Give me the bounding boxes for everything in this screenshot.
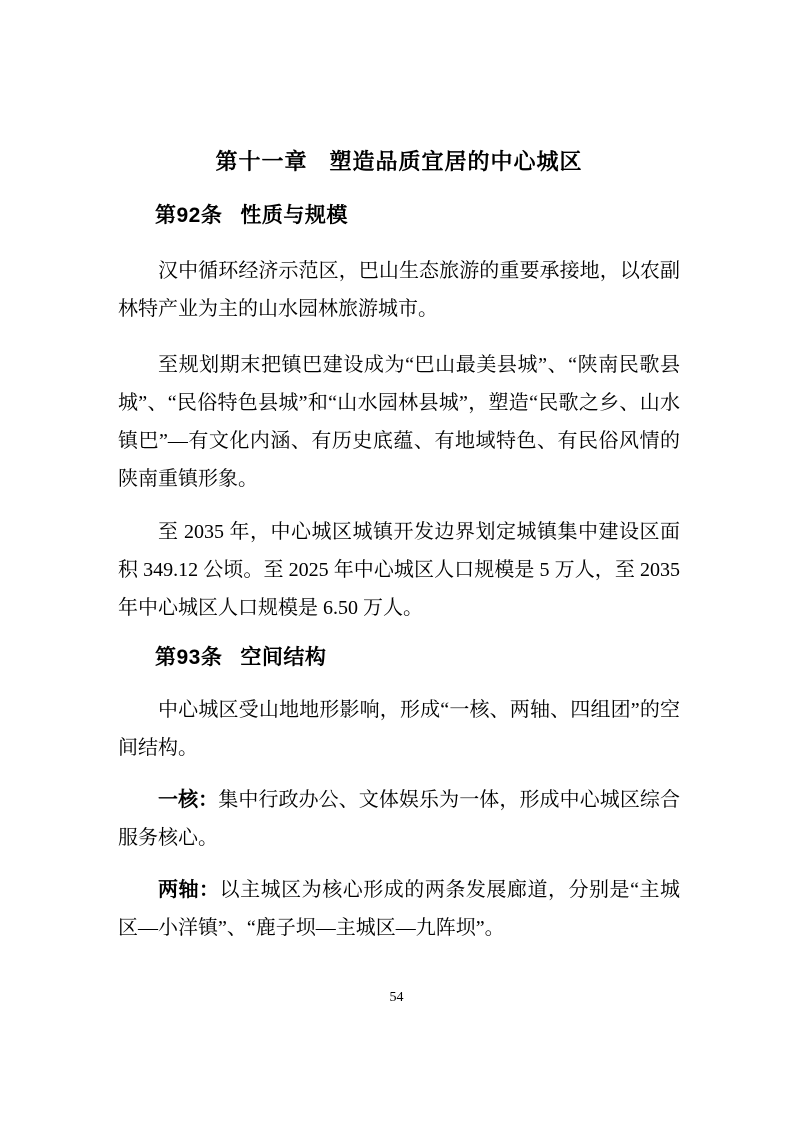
page-number: 54 (0, 988, 793, 1008)
paragraph-one-core: 一核：集中行政办公、文体娱乐为一体，形成中心城区综合服务核心。 (118, 781, 680, 857)
term-one-core: 一核： (158, 789, 218, 811)
paragraph-two-axes: 两轴：以主城区为核心形成的两条发展廊道，分别是“主城区—小洋镇”、“鹿子坝—主城… (118, 871, 680, 947)
page-content: 第十一章塑造品质宜居的中心城区 第92条性质与规模 汉中循环经济示范区，巴山生态… (118, 143, 680, 947)
document-page: 第十一章塑造品质宜居的中心城区 第92条性质与规模 汉中循环经济示范区，巴山生态… (0, 0, 793, 1122)
article-93-heading: 第93条空间结构 (118, 639, 680, 677)
article-93-number: 第93条 (155, 646, 222, 669)
chapter-title: 第十一章塑造品质宜居的中心城区 (118, 143, 680, 181)
chapter-number: 第十一章 (215, 149, 307, 174)
article-92-number: 第92条 (155, 204, 222, 227)
chapter-name: 塑造品质宜居的中心城区 (330, 149, 583, 174)
paragraph-spatial-structure: 中心城区受山地地形影响，形成“一核、两轴、四组团”的空间结构。 (118, 691, 680, 767)
article-92-title: 性质与规模 (240, 204, 348, 227)
article-92-heading: 第92条性质与规模 (118, 197, 680, 235)
paragraph-city-nature: 汉中循环经济示范区，巴山生态旅游的重要承接地，以农副林特产业为主的山水园林旅游城… (118, 252, 680, 328)
article-93-title: 空间结构 (240, 646, 326, 669)
term-two-axes: 两轴： (158, 879, 220, 901)
paragraph-scale-figures: 至 2035 年，中心城区城镇开发边界划定城镇集中建设区面积 349.12 公顷… (118, 513, 680, 627)
paragraph-planning-goal: 至规划期末把镇巴建设成为“巴山最美县城”、“陕南民歌县城”、“民俗特色县城”和“… (118, 346, 680, 498)
